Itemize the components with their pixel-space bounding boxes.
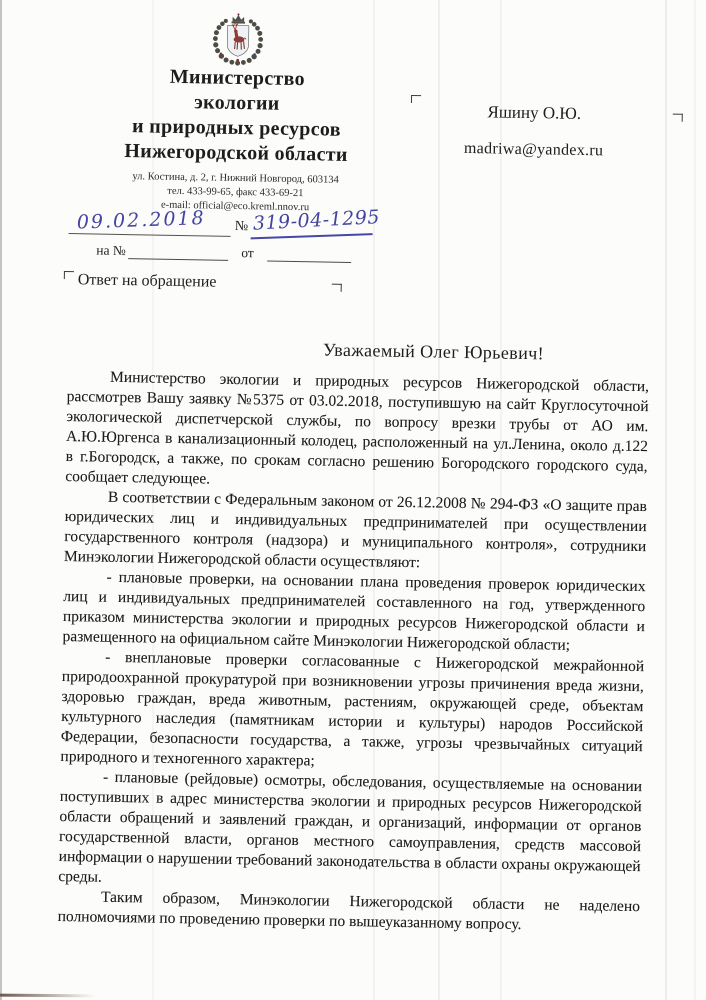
date-underline [69, 233, 231, 237]
addressee-email: madriwa@yandex.ru [416, 139, 651, 161]
date-handwritten: 09.02.2018 [77, 207, 206, 233]
letter-body: Уважаемый Олег Юрьевич! Министерство эко… [58, 335, 650, 937]
nizhny-novgorod-coat-of-arms-icon [208, 11, 269, 66]
letterhead: Министерство экологии и природных ресурс… [75, 9, 398, 217]
in-reply-to-blank-line [128, 244, 228, 261]
body-paragraph-bullet: - плановые проверки, на основании плана … [62, 567, 645, 657]
subject-corner-mark-icon [332, 284, 342, 292]
letter-content: Министерство экологии и природных ресурс… [0, 0, 706, 1000]
subject-corner-mark-icon [64, 271, 74, 279]
addressee-block: Яшину О.Ю. madriwa@yandex.ru [416, 101, 652, 161]
body-paragraph: В соответствии с Федеральным законом от … [64, 487, 647, 577]
body-paragraph-bullet: - плановые (рейдовые) осмотры, обследова… [58, 767, 642, 897]
number-sign-label: № [235, 219, 249, 235]
ministry-title-line: Нижегородской области [76, 138, 396, 169]
scanned-letter-page: Министерство экологии и природных ресурс… [0, 0, 706, 1000]
body-paragraph: Министерство экологии и природных ресурс… [65, 367, 649, 497]
in-reply-to-label: на № [96, 243, 126, 260]
in-reply-from-label: от [241, 245, 254, 261]
body-paragraph-bullet: - внеплановые проверки согласованные с Н… [60, 647, 644, 777]
outgoing-number-underline [251, 233, 373, 239]
addressee-corner-mark-icon [673, 114, 683, 122]
in-reply-from-blank-line [267, 247, 351, 263]
letter-subject: Ответ на обращение [78, 271, 217, 291]
crown-icon [232, 13, 246, 23]
addressee-name: Яшину О.Ю. [417, 101, 652, 125]
